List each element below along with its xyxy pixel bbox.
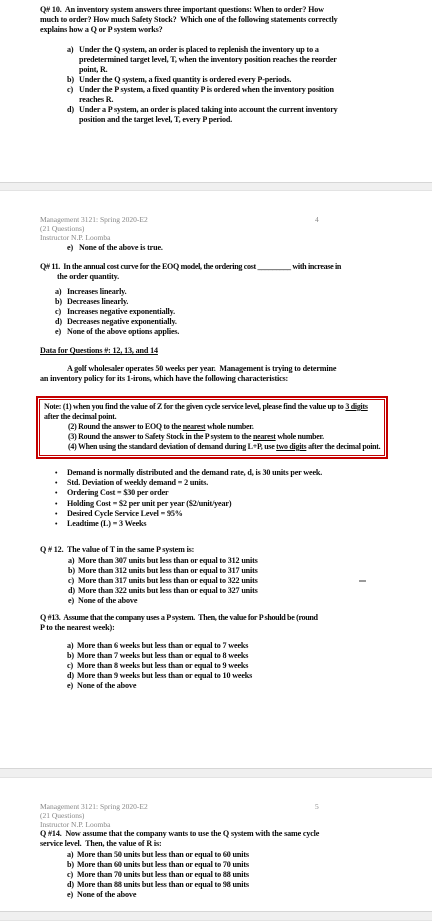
bullet-icon: • [55,509,67,519]
q11-option-b: b) Decreases linearly. [55,297,179,307]
bullet-item: • Std. Deviation of weekly demand = 2 un… [55,478,322,488]
option-label: a) [55,287,67,297]
q10-option-b: b) Under the Q system, a fixed quantity … [67,75,338,85]
heading-text: Data for Questions #: 12, 13, and 14 [40,346,158,355]
option-text-line: None of the above [77,681,136,691]
q13-option-e: e) None of the above [67,681,252,691]
q14-option-b: b) More than 60 units but less than or e… [67,860,249,870]
q11-option-a: a) Increases linearly. [55,287,179,297]
option-label: c) [67,85,79,95]
option-label: d) [55,317,67,327]
q11-stem-line: the order quantity. [57,272,341,282]
option-text-line: position and the target level, T, every … [79,115,338,125]
q12-option-c: c) More than 317 units but less than or … [68,576,258,586]
bullet-text: Demand is normally distributed and the d… [67,468,322,478]
q12-option-b: b) More than 312 units but less than or … [68,566,258,576]
q14-stem-line: Q #14. Now assume that the company wants… [40,829,319,839]
rounding-note-box-inner: Note: (1) when you find the value of Z f… [39,399,385,456]
scenario-line: A golf wholesaler operates 50 weeks per … [67,364,336,374]
characteristics-bullet-list: • Demand is normally distributed and the… [55,468,322,529]
option-label: c) [55,307,67,317]
header-course-line: Management 3121: Spring 2020-E2 [40,215,148,224]
header-questions-line: (21 Questions) [40,811,148,820]
q10-option-e: e) None of the above is true. [67,243,163,253]
option-text-line: Increases negative exponentially. [67,307,175,317]
data-section-heading: Data for Questions #: 12, 13, and 14 [40,346,158,356]
option-label: b) [55,297,67,307]
header-instructor-line: Instructor N.P. Loomba [40,233,148,242]
option-label: e) [67,243,79,253]
question-14-options: a) More than 50 units but less than or e… [67,850,249,900]
option-text-line: More than 307 units but less than or equ… [78,556,258,566]
option-text-line: More than 312 units but less than or equ… [78,566,258,576]
option-label: c) [67,870,77,880]
q10-option-d: d) Under a P system, an order is placed … [67,105,338,125]
exam-document-view: Q# 10. An inventory system answers three… [0,0,432,921]
q10-option-a: a) Under the Q system, an order is place… [67,45,338,75]
note-line-3: (3) Round the answer to Safety Stock in … [44,432,381,442]
option-text-line: reaches R. [79,95,334,105]
q14-option-c: c) More than 70 units but less than or e… [67,870,249,880]
option-label: b) [67,860,77,870]
option-text-line: More than 317 units but less than or equ… [78,576,258,586]
question-11-options: a) Increases linearly. b) Decreases line… [55,287,179,337]
page5-header: Management 3121: Spring 2020-E2 (21 Ques… [40,802,148,829]
option-text-line: More than 9 weeks but less than or equal… [77,671,252,681]
q14-stem-line: service level. Then, the value of R is: [40,839,319,849]
option-label: e) [67,890,77,900]
scenario-line: an inventory policy for its 1-irons, whi… [40,374,336,384]
option-label: c) [67,661,77,671]
page-separator [0,768,432,778]
q11-option-d: d) Decreases negative exponentially. [55,317,179,327]
question-13-options: a) More than 6 weeks but less than or eq… [67,641,252,691]
option-text-line: predetermined target level, T, when the … [79,55,337,65]
option-text-line: More than 322 units but less than or equ… [78,586,258,596]
option-label: d) [67,880,77,890]
option-text-line: None of the above [77,890,136,900]
option-text-line: More than 7 weeks but less than or equal… [77,651,248,661]
note-line-2: (2) Round the answer to EOQ to the neare… [44,422,381,432]
bullet-icon: • [55,499,67,509]
q10-stem-line: much to order? How much Safety Stock? Wh… [40,15,337,25]
option-text-line: More than 50 units but less than or equa… [77,850,249,860]
q12-option-e: e) None of the above [68,596,258,606]
note-line-1: Note: (1) when you find the value of Z f… [44,402,381,422]
question-12-options: a) More than 307 units but less than or … [68,556,258,606]
option-label: e) [68,596,78,606]
bullet-text: Leadtime (L) = 3 Weeks [67,519,146,529]
q13-option-d: d) More than 9 weeks but less than or eq… [67,671,252,681]
option-label: e) [67,681,77,691]
question-14-stem: Q #14. Now assume that the company wants… [40,829,319,849]
option-label: a) [68,556,78,566]
option-text-line: Under the P system, a fixed quantity P i… [79,85,334,95]
option-text-line: None of the above is true. [79,243,163,253]
option-label: d) [67,105,79,115]
q13-stem-line: P to the nearest week): [40,623,318,633]
q10-option-c: c) Under the P system, a fixed quantity … [67,85,338,105]
q10-stem-line: explains how a Q or P system works? [40,25,337,35]
option-label: d) [68,586,78,596]
note-line-4: (4) When using the standard deviation of… [44,442,381,452]
bullet-icon: • [55,519,67,529]
header-course-line: Management 3121: Spring 2020-E2 [40,802,148,811]
q12-option-a: a) More than 307 units but less than or … [68,556,258,566]
scenario-paragraph: A golf wholesaler operates 50 weeks per … [40,364,336,384]
q14-option-d: d) More than 88 units but less than or e… [67,880,249,890]
page4-number: 4 [315,215,319,224]
q14-option-e: e) None of the above [67,890,249,900]
option-text-line: point, R. [79,65,337,75]
question-11-stem: Q# 11. In the annual cost curve for the … [40,262,341,282]
option-text-line: More than 88 units but less than or equa… [77,880,249,890]
option-text-line: More than 60 units but less than or equa… [77,860,249,870]
option-label: c) [68,576,78,586]
q11-option-c: c) Increases negative exponentially. [55,307,179,317]
option-text-line: Decreases linearly. [67,297,128,307]
bullet-icon: • [55,488,67,498]
page4-header: Management 3121: Spring 2020-E2 (21 Ques… [40,215,148,242]
q12-option-d: d) More than 322 units but less than or … [68,586,258,596]
q10-stem-line: Q# 10. An inventory system answers three… [40,5,337,15]
option-label: b) [68,566,78,576]
q14-option-a: a) More than 50 units but less than or e… [67,850,249,860]
header-questions-line: (21 Questions) [40,224,148,233]
q13-stem-line: Q #13. Assume that the company uses a P … [40,613,318,623]
option-text-line: More than 8 weeks but less than or equal… [77,661,248,671]
option-label: e) [55,327,67,337]
header-instructor-line: Instructor N.P. Loomba [40,820,148,829]
q11-option-e: e) None of the above options applies. [55,327,179,337]
option-text-line: None of the above options applies. [67,327,179,337]
option-label: b) [67,75,79,85]
bullet-icon: • [55,478,67,488]
question-12-stem: Q # 12. The value of T in the same P sys… [40,545,194,555]
question-13-stem: Q #13. Assume that the company uses a P … [40,613,318,633]
q11-stem-line: Q# 11. In the annual cost curve for the … [40,262,341,272]
q13-option-a: a) More than 6 weeks but less than or eq… [67,641,252,651]
question-10-stem: Q# 10. An inventory system answers three… [40,5,337,35]
bullet-text: Desired Cycle Service Level = 95% [67,509,183,519]
q13-option-b: b) More than 7 weeks but less than or eq… [67,651,252,661]
option-text-line: More than 6 weeks but less than or equal… [77,641,248,651]
bullet-text: Std. Deviation of weekly demand = 2 unit… [67,478,208,488]
bullet-item: • Holding Cost = $2 per unit per year ($… [55,499,322,509]
option-label: a) [67,641,77,651]
option-text-line: Increases linearly. [67,287,127,297]
option-label: b) [67,651,77,661]
q13-option-c: c) More than 8 weeks but less than or eq… [67,661,252,671]
option-text-line: Under the Q system, an order is placed t… [79,45,337,55]
option-label: a) [67,45,79,55]
bullet-item: • Demand is normally distributed and the… [55,468,322,478]
option-label: d) [67,671,77,681]
bullet-item: • Desired Cycle Service Level = 95% [55,509,322,519]
question-10-options: a) Under the Q system, an order is place… [67,45,338,125]
bullet-icon: • [55,468,67,478]
option-text-line: Under a P system, an order is placed tak… [79,105,338,115]
option-text-line: Under the Q system, a fixed quantity is … [79,75,291,85]
page-separator [0,182,432,191]
option-text-line: Decreases negative exponentially. [67,317,177,327]
page5-number: 5 [315,802,319,811]
option-label: a) [67,850,77,860]
q12-stem-line: Q # 12. The value of T in the same P sys… [40,545,194,554]
bullet-text: Ordering Cost = $30 per order [67,488,169,498]
option-text-line: None of the above [78,596,137,606]
bullet-text: Holding Cost = $2 per unit per year ($2/… [67,499,231,509]
bullet-item: • Ordering Cost = $30 per order [55,488,322,498]
option-text-line: More than 70 units but less than or equa… [77,870,249,880]
rounding-note-box: Note: (1) when you find the value of Z f… [36,396,388,459]
page-separator [0,911,432,921]
stray-dash-mark [359,580,366,582]
bullet-item: • Leadtime (L) = 3 Weeks [55,519,322,529]
